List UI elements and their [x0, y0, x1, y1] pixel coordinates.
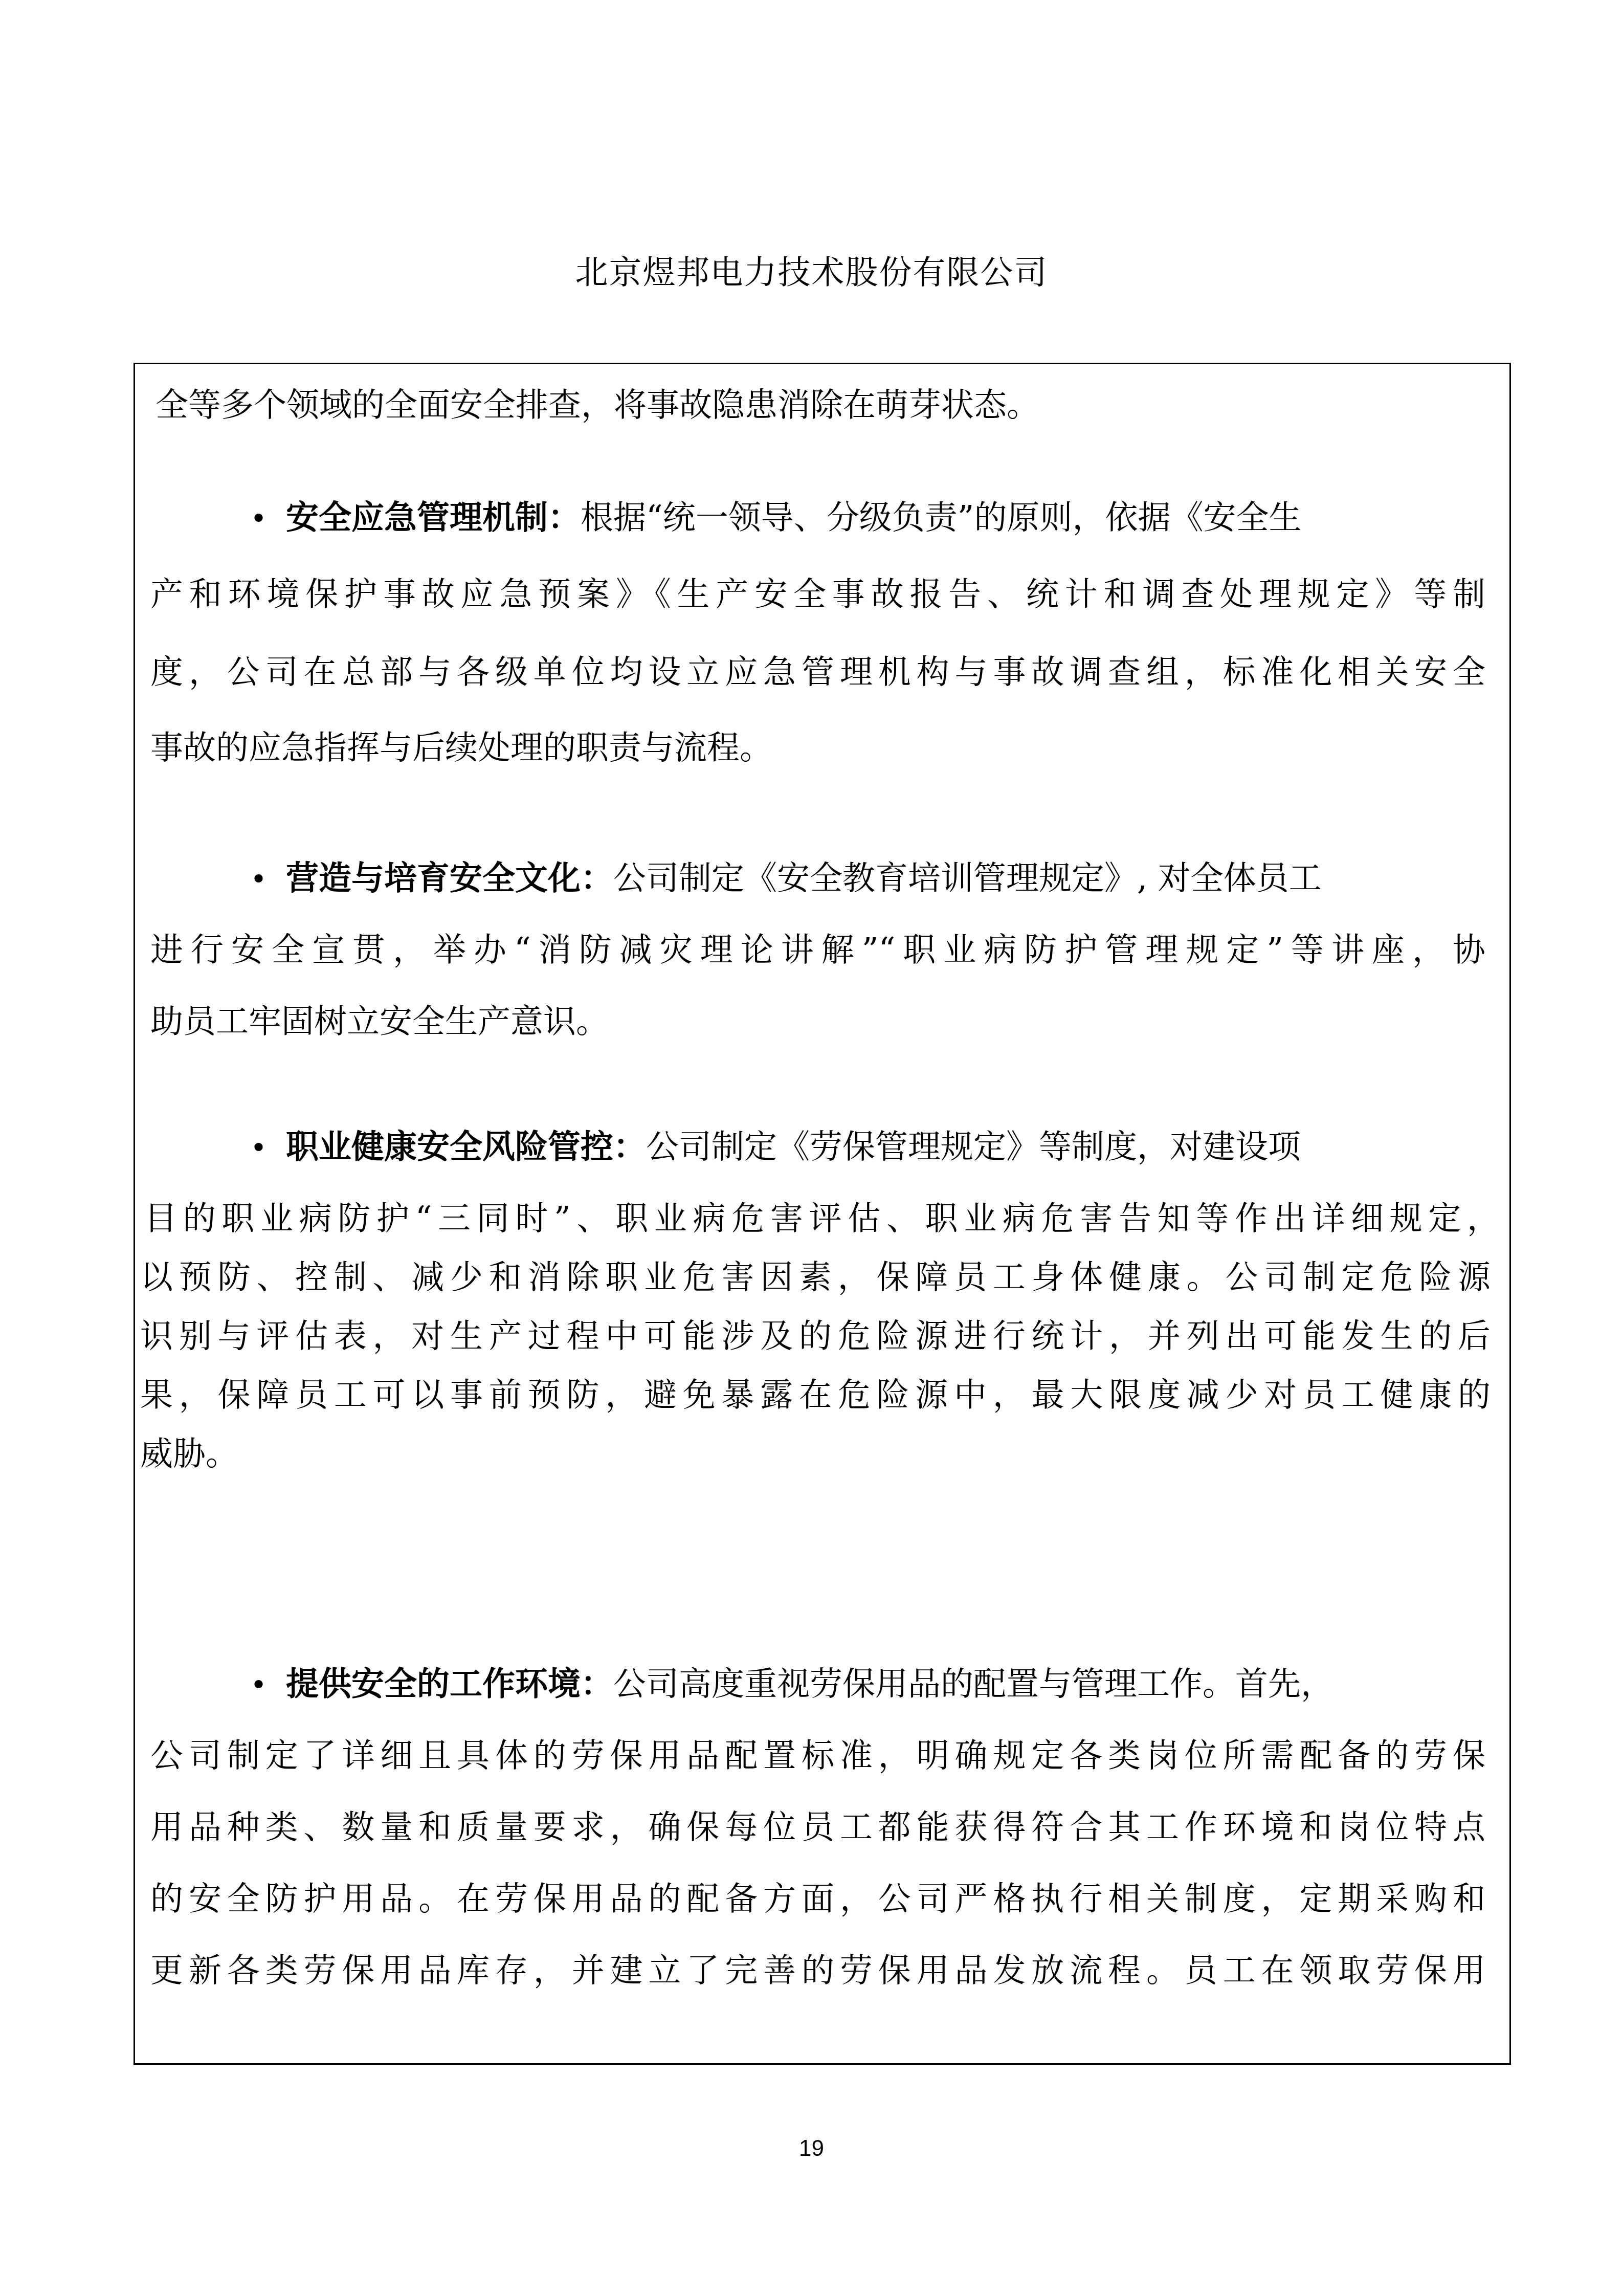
section-text-line: 进行安全宣贯，举办“消防减灾理论讲解”“职业病防护管理规定”等讲座，协 [150, 927, 1485, 973]
section-text-line: 用品种类、数量和质量要求，确保每位员工都能获得符合其工作环境和岗位特点 [150, 1804, 1485, 1850]
content-box: 全等多个领域的全面安全排查，将事故隐患消除在萌芽状态。 •安全应急管理机制：根据… [134, 363, 1511, 2065]
section-text-line: 产和环境保护事故应急预案》《生产安全事故报告、统计和调查处理规定》等制 [150, 571, 1485, 617]
section-text-line: 度，公司在总部与各级单位均设立应急管理机构与事故调查组，标准化相关安全 [150, 649, 1485, 695]
bullet-icon: • [250, 1663, 286, 1709]
section-text-line: 果，保障员工可以事前预防，避免暴露在危险源中，最大限度减少对员工健康的 [140, 1372, 1491, 1418]
bullet-icon: • [250, 1125, 286, 1172]
section-title: 营造与培育安全文化： [286, 859, 613, 897]
bullet-icon: • [250, 496, 286, 542]
section-text-line: 助员工牢固树立安全生产意识。 [150, 999, 609, 1045]
section-text: 公司高度重视劳保用品的配置与管理工作。首先， [613, 1665, 1333, 1703]
section-title: 职业健康安全风险管控： [286, 1128, 646, 1166]
section-text-line: 更新各类劳保用品库存，并建立了完善的劳保用品发放流程。员工在领取劳保用 [150, 1948, 1485, 1994]
section-heading-line: •职业健康安全风险管控：公司制定《劳保管理规定》等制度，对建设项 [250, 1124, 1301, 1172]
section-title: 提供安全的工作环境： [286, 1665, 613, 1703]
intro-line: 全等多个领域的全面安全排查，将事故隐患消除在萌芽状态。 [155, 382, 1039, 428]
section-heading-line: •营造与培育安全文化：公司制定《安全教育培训管理规定》, 对全体员工 [250, 855, 1322, 903]
section-text: 公司制定《安全教育培训管理规定》, 对全体员工 [613, 859, 1322, 897]
section-heading-line: •提供安全的工作环境：公司高度重视劳保用品的配置与管理工作。首先， [250, 1661, 1333, 1709]
section-heading-line: •安全应急管理机制：根据“统一领导、分级负责”的原则，依据《安全生 [250, 495, 1301, 542]
page-number: 19 [0, 2133, 1623, 2164]
section-text-line: 识别与评估表，对生产过程中可能涉及的危险源进行统计，并列出可能发生的后 [140, 1313, 1491, 1359]
section-title: 安全应急管理机制： [286, 498, 581, 537]
section-text-line: 事故的应急指挥与后续处理的职责与流程。 [150, 725, 772, 771]
section-text-line: 的安全防护用品。在劳保用品的配备方面，公司严格执行相关制度，定期采购和 [150, 1876, 1485, 1922]
section-text-line: 公司制定了详细且具体的劳保用品配置标准，明确规定各类岗位所需配备的劳保 [150, 1733, 1485, 1779]
section-text-line: 目的职业病防护“三同时”、职业病危害评估、职业病危害告知等作出详细规定， [144, 1196, 1500, 1242]
company-header: 北京煜邦电力技术股份有限公司 [0, 250, 1623, 296]
bullet-icon: • [250, 857, 286, 903]
section-text: 根据“统一领导、分级负责”的原则，依据《安全生 [581, 499, 1301, 537]
section-text-line: 威胁。 [140, 1431, 238, 1477]
section-text: 公司制定《劳保管理规定》等制度，对建设项 [646, 1128, 1301, 1166]
section-text-line: 以预防、控制、减少和消除职业危害因素，保障员工身体健康。公司制定危险源 [140, 1254, 1491, 1300]
